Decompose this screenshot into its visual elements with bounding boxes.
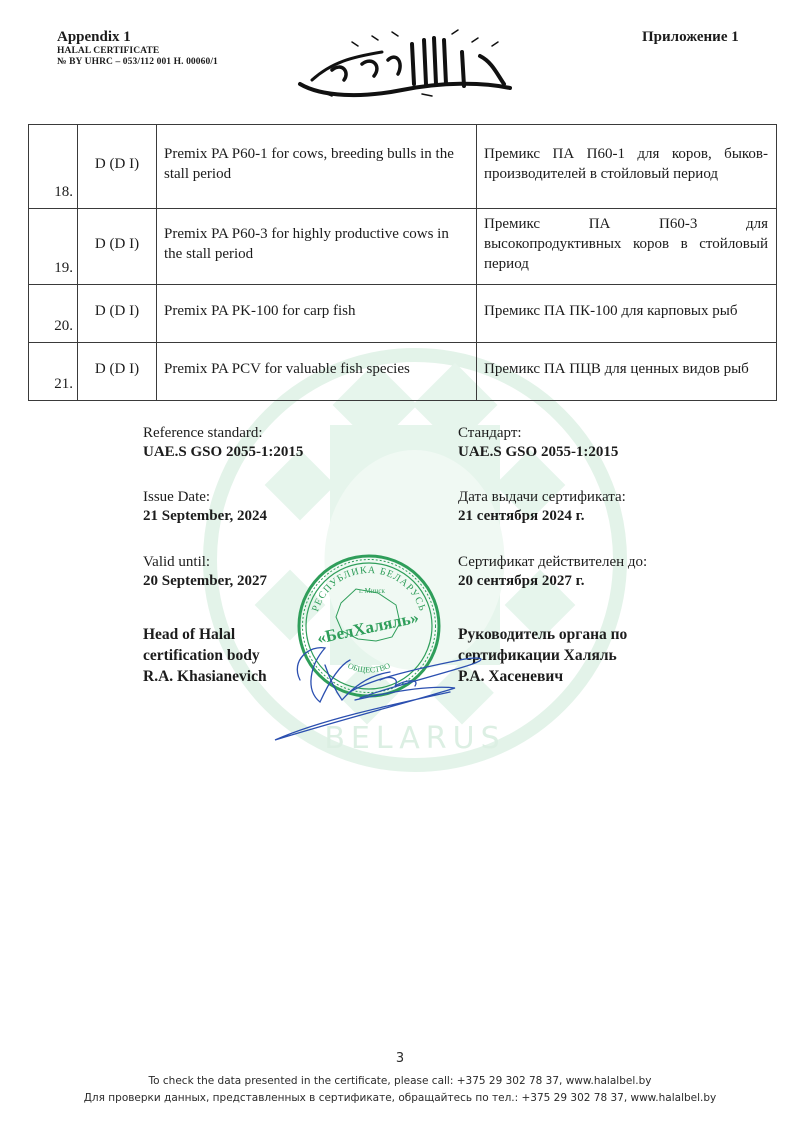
valid-label-en: Valid until: — [143, 553, 267, 572]
table-row: 19. D (D I) Premix PA P60-3 for highly p… — [29, 209, 777, 285]
issue-label-ru: Дата выдачи сертификата: — [458, 488, 626, 507]
standard-label-en: Reference standard: — [143, 424, 303, 443]
row-name-en: Premix PA PCV for valuable fish species — [157, 343, 477, 401]
row-number: 18. — [29, 125, 78, 209]
row-name-ru-line: Премикс ПА П60-3 для — [484, 214, 768, 234]
row-code: D (D I) — [78, 125, 157, 209]
standard-block-ru: Стандарт: UAE.S GSO 2055-1:2015 — [458, 424, 618, 462]
row-name-en: Premix PA P60-1 for cows, breeding bulls… — [157, 125, 477, 209]
appendix-title-en: Appendix 1 — [57, 29, 218, 46]
row-name-ru: Премикс ПА П60-1 для коров, быков- произ… — [477, 125, 777, 209]
valid-label-ru: Сертификат действителен до: — [458, 553, 647, 572]
row-code: D (D I) — [78, 343, 157, 401]
standard-value-en: UAE.S GSO 2055-1:2015 — [143, 443, 303, 462]
valid-block-ru: Сертификат действителен до: 20 сентября … — [458, 553, 647, 591]
appendix-title-ru: Приложение 1 — [642, 29, 739, 46]
issue-block-ru: Дата выдачи сертификата: 21 сентября 202… — [458, 488, 626, 526]
issue-value-en: 21 September, 2024 — [143, 507, 267, 526]
valid-value-en: 20 September, 2027 — [143, 572, 267, 591]
valid-block-en: Valid until: 20 September, 2027 — [143, 553, 267, 591]
table-row: 18. D (D I) Premix PA P60-1 for cows, br… — [29, 125, 777, 209]
row-name-en: Premix PA PK-100 for carp fish — [157, 285, 477, 343]
table-row: 20. D (D I) Premix PA PK-100 for carp fi… — [29, 285, 777, 343]
row-name-ru-line: производителей в стойловый период — [484, 166, 718, 182]
row-number: 21. — [29, 343, 78, 401]
footer-contact-en: To check the data presented in the certi… — [0, 1075, 800, 1087]
valid-value-ru: 20 сентября 2027 г. — [458, 572, 647, 591]
certificate-label: HALAL CERTIFICATE — [57, 46, 218, 57]
row-name-ru-line: Премикс ПА П60-1 для коров, быков- — [484, 144, 768, 164]
certificate-number: № BY UHRC – 053/112 001 H. 00060/1 — [57, 57, 218, 68]
bismillah-calligraphy-icon: بسم الله الرحمن الرحيم — [292, 22, 518, 102]
footer-contact-ru: Для проверки данных, представленных в се… — [0, 1092, 800, 1104]
issue-value-ru: 21 сентября 2024 г. — [458, 507, 626, 526]
row-code: D (D I) — [78, 209, 157, 285]
row-name-ru-line: период — [484, 256, 529, 272]
row-name-en: Premix PA P60-3 for highly productive co… — [157, 209, 477, 285]
table-row: 21. D (D I) Premix PA PCV for valuable f… — [29, 343, 777, 401]
stamp-city-text: г. Минск — [359, 587, 385, 595]
products-table: 18. D (D I) Premix PA P60-1 for cows, br… — [28, 124, 777, 401]
row-number: 20. — [29, 285, 78, 343]
page-number: 3 — [0, 1051, 800, 1066]
row-name-ru: Премикс ПА ПЦВ для ценных видов рыб — [477, 343, 777, 401]
standard-block-en: Reference standard: UAE.S GSO 2055-1:201… — [143, 424, 303, 462]
row-name-ru-line: высокопродуктивных коров в стойловый — [484, 234, 768, 254]
issue-label-en: Issue Date: — [143, 488, 267, 507]
standard-label-ru: Стандарт: — [458, 424, 618, 443]
header-left: Appendix 1 HALAL CERTIFICATE № BY UHRC –… — [57, 29, 218, 68]
row-number: 19. — [29, 209, 78, 285]
row-code: D (D I) — [78, 285, 157, 343]
standard-value-ru: UAE.S GSO 2055-1:2015 — [458, 443, 618, 462]
issue-block-en: Issue Date: 21 September, 2024 — [143, 488, 267, 526]
row-name-ru: Премикс ПА П60-3 для высокопродуктивных … — [477, 209, 777, 285]
handwritten-signature-icon — [230, 620, 530, 750]
row-name-ru: Премикс ПА ПК-100 для карповых рыб — [477, 285, 777, 343]
